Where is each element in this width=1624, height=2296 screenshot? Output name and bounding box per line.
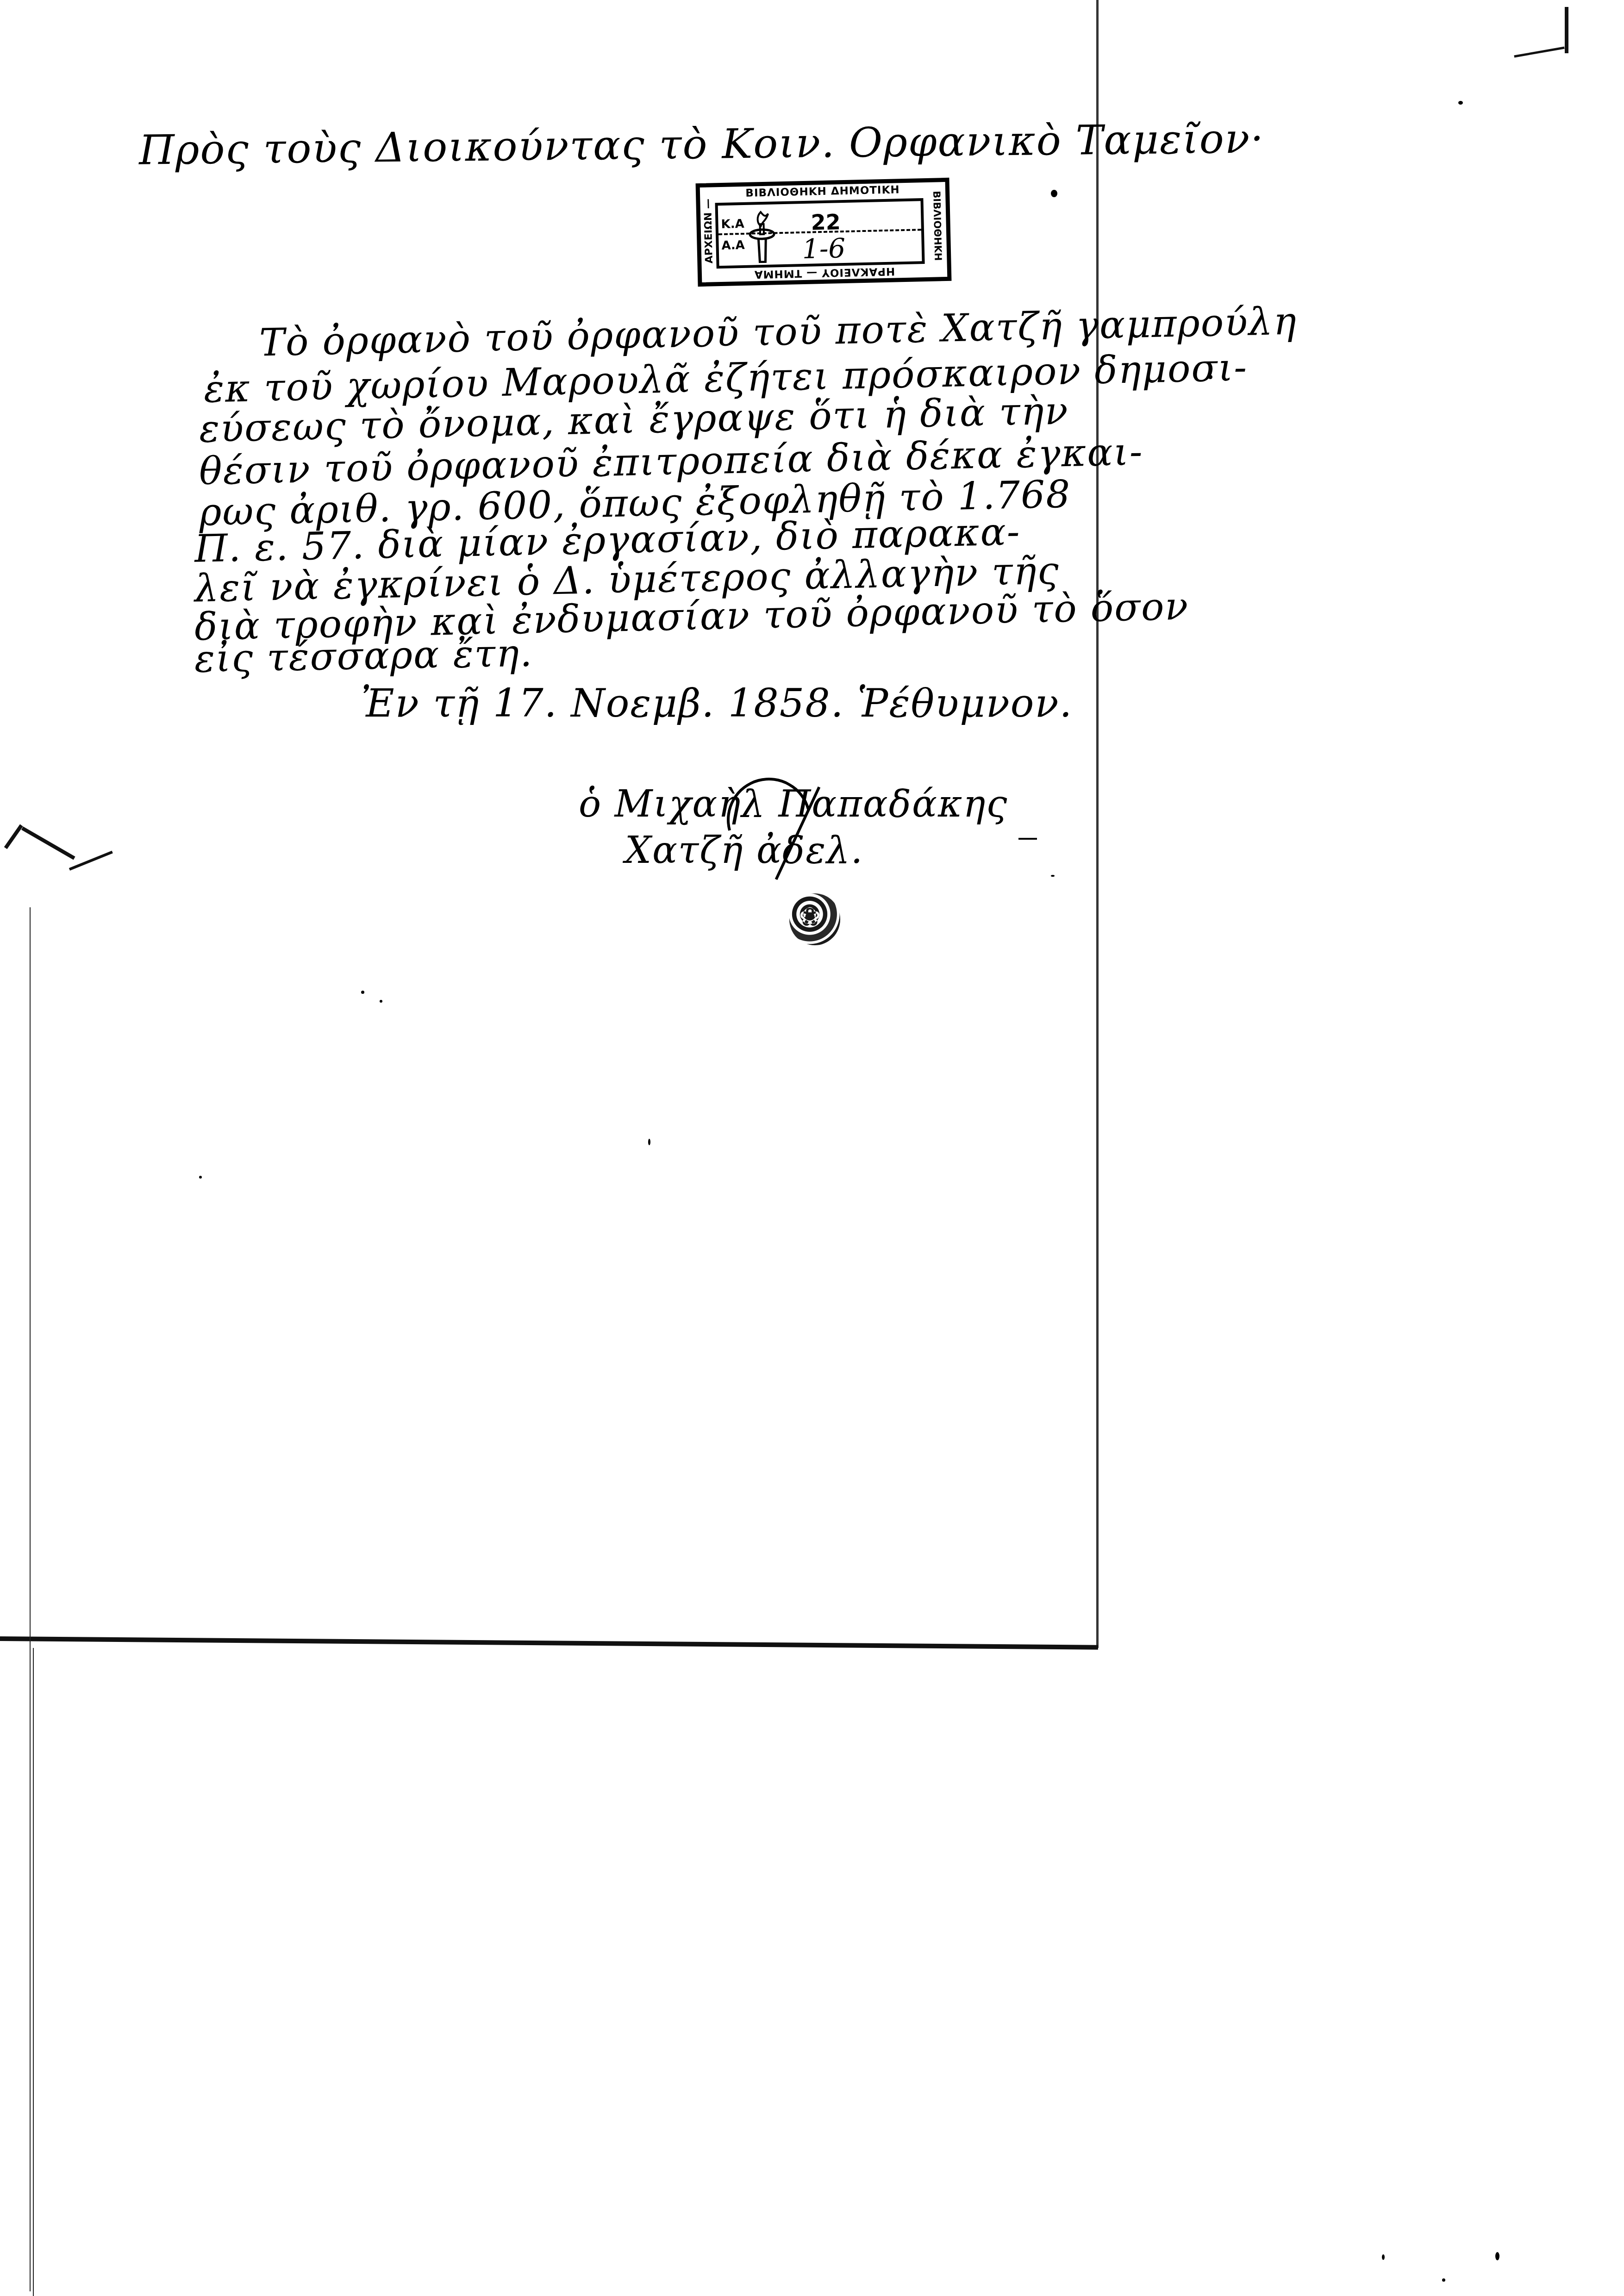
scan-speck [380,1000,382,1003]
crease-mark [4,824,23,849]
scan-speck [1458,101,1463,105]
underlying-page-edge [30,907,31,2291]
scan-speck [1051,875,1055,877]
crease-mark [69,851,113,871]
stamp-inner-box: Κ.Α 22 Α.Α 1-6 [715,198,925,268]
body-line: εἰς τέσσαρα ἔτη. [194,631,533,681]
scan-speck [1495,2252,1499,2260]
scan-speck [1382,2254,1385,2260]
stamp-top-text: ΒΙΒΛΙΟΘΗΚΗ ΔΗΜΟΤΙΚΗ [700,183,945,200]
stamp-right-text: ΒΙΒΛΙΟΘΗΚΗ [931,191,943,261]
date-line: Ἐν τῇ 17. Νοεμβ. 1858. Ῥέθυμνον. [361,680,1073,726]
letter-header: Πρὸς τοὺς Διοικούντας τὸ Κοιν. Ορφανικὸ … [139,114,1265,174]
scan-speck [199,1176,202,1179]
scan-speck [1018,838,1037,840]
scan-speck [648,1139,650,1145]
page-bottom-edge [0,1636,1098,1650]
stamp-ka-label: Κ.Α [721,217,744,231]
torch-icon [747,207,781,263]
page-right-edge [1096,0,1099,1648]
round-seal: ❀ [789,893,840,945]
seal-emblem-icon: ❀ [800,902,820,931]
archive-stamp: ΒΙΒΛΙΟΘΗΚΗ ΔΗΜΟΤΙΚΗ ΑΡΧΕΙΩΝ — ΒΙΒΛΙΟΘΗΚΗ… [696,178,952,287]
stamp-aa-label: Α.Α [721,238,745,253]
scan-speck [1208,375,1212,379]
corner-mark-2 [1514,46,1564,57]
stamp-aa-value: 1-6 [802,232,846,265]
scan-speck [1051,190,1057,197]
underlying-page-edge-2 [33,1648,34,2296]
scan-speck [1442,2278,1445,2282]
scan-speck [361,991,364,994]
crease-mark [21,827,75,860]
stamp-left-text: ΑΡΧΕΙΩΝ — [702,196,715,266]
corner-mark [1565,7,1568,53]
